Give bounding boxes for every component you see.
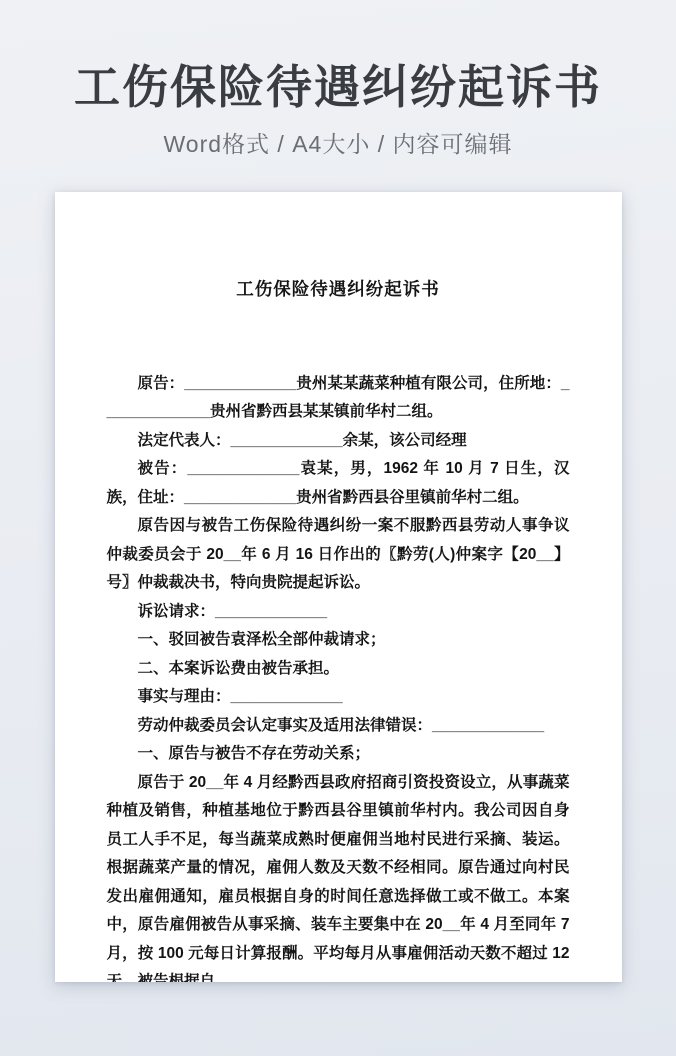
document-title: 工伤保险待遇纠纷起诉书 xyxy=(107,274,570,304)
paragraph-point-1: 一、原告与被告不存在劳动关系； xyxy=(107,740,570,769)
header-title: 工伤保险待遇纠纷起诉书 xyxy=(0,0,676,113)
paragraph-case-intro: 原告因与被告工伤保险待遇纠纷一案不服黔西县劳动人事争议仲裁委员会于 20__年 … xyxy=(107,512,570,598)
paragraph-claims-heading: 诉讼请求：_____________ xyxy=(107,598,570,627)
paragraph-claim-2: 二、本案诉讼费由被告承担。 xyxy=(107,655,570,684)
document-body: 原告：_____________贵州某某蔬菜种植有限公司，住所地：_______… xyxy=(107,370,570,982)
paragraph-facts-body: 原告于 20__年 4 月经黔西县政府招商引资投资设立，从事蔬菜种植及销售，种植… xyxy=(107,769,570,982)
paragraph-claim-1: 一、驳回被告袁泽松全部仲裁请求； xyxy=(107,626,570,655)
document-page: 工伤保险待遇纠纷起诉书 原告：_____________贵州某某蔬菜种植有限公司… xyxy=(55,192,622,982)
paragraph-facts-heading: 事实与理由：_____________ xyxy=(107,683,570,712)
paragraph-plaintiff: 原告：_____________贵州某某蔬菜种植有限公司，住所地：_______… xyxy=(107,370,570,427)
paragraph-arbitration-error: 劳动仲裁委员会认定事实及适用法律错误：_____________ xyxy=(107,712,570,741)
header-subtitle: Word格式 / A4大小 / 内容可编辑 xyxy=(0,126,676,159)
template-header: 工伤保险待遇纠纷起诉书 Word格式 / A4大小 / 内容可编辑 xyxy=(0,0,676,159)
paragraph-legal-representative: 法定代表人：_____________余某，该公司经理 xyxy=(107,427,570,456)
paragraph-defendant: 被告：_____________袁某，男，1962 年 10 月 7 日生，汉族… xyxy=(107,455,570,512)
